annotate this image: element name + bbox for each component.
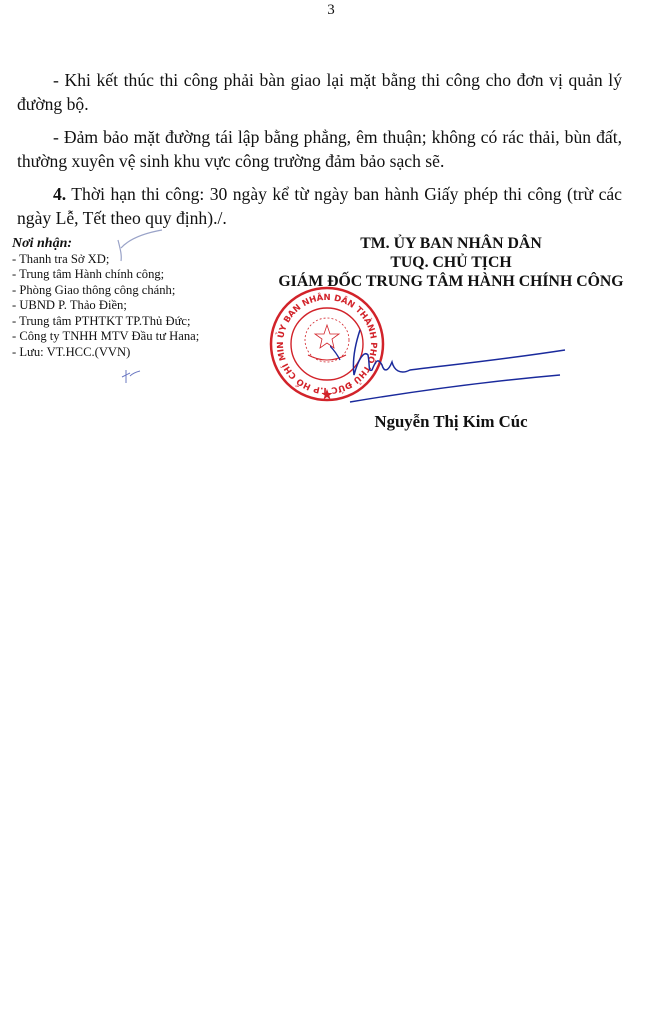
- recipients-heading: Nơi nhận:: [12, 236, 252, 252]
- section-number: 4.: [53, 184, 66, 204]
- handwritten-initial-icon: [118, 367, 143, 385]
- recipient-item: - Trung tâm PTHTKT TP.Thủ Đức;: [12, 314, 252, 330]
- paragraph-handover: - Khi kết thúc thi công phải bàn giao lạ…: [17, 68, 622, 116]
- signatory-authority: TUQ. CHỦ TỊCH: [240, 253, 662, 272]
- recipients-block: Nơi nhận: - Thanh tra Sở XD; - Trung tâm…: [12, 236, 252, 360]
- recipient-item: - Công ty TNHH MTV Đầu tư Hana;: [12, 329, 252, 345]
- handwritten-signature-icon: [330, 320, 590, 410]
- recipient-item: - Phòng Giao thông công chánh;: [12, 283, 252, 299]
- recipient-item: - Trung tâm Hành chính công;: [12, 267, 252, 283]
- paragraph-road-surface: - Đảm bảo mặt đường tái lập bằng phẳng, …: [17, 125, 622, 173]
- signer-name: Nguyễn Thị Kim Cúc: [240, 412, 662, 432]
- signatory-org: TM. ỦY BAN NHÂN DÂN: [240, 234, 662, 253]
- signature-block: TM. ỦY BAN NHÂN DÂN TUQ. CHỦ TỊCH GIÁM Đ…: [240, 234, 662, 291]
- recipient-item: - Thanh tra Sở XD;: [12, 252, 252, 268]
- recipient-item: - Lưu: VT.HCC.(VVN): [12, 345, 252, 361]
- recipient-item: - UBND P. Thảo Điền;: [12, 298, 252, 314]
- page-number: 3: [0, 2, 662, 19]
- recipients-list: - Thanh tra Sở XD; - Trung tâm Hành chín…: [12, 252, 252, 361]
- body-text: - Khi kết thúc thi công phải bàn giao lạ…: [17, 68, 622, 239]
- paragraph-construction-period: 4. Thời hạn thi công: 30 ngày kể từ ngày…: [17, 182, 622, 230]
